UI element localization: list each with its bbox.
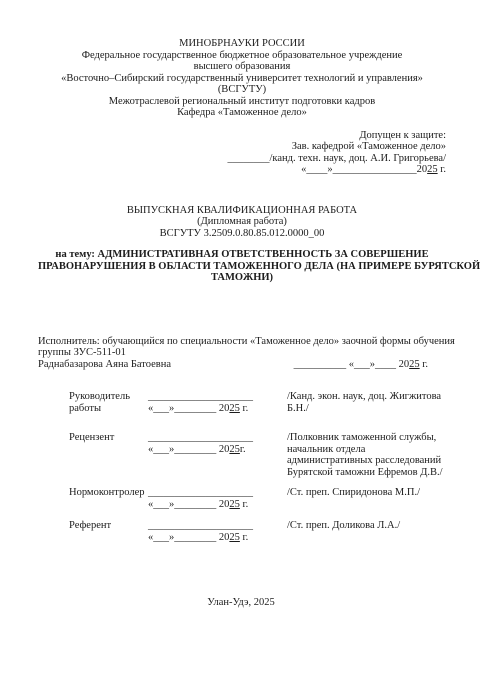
executor-group-line: группы ЗУС-511-01 <box>38 347 446 359</box>
date-prefix: «___»________ 20 <box>148 532 229 543</box>
executor-sign-year: 25 <box>409 359 420 370</box>
executor-intro-line: Исполнитель: обучающийся по специальност… <box>38 336 446 348</box>
signature-line: ____________________ <box>148 487 287 499</box>
institute-line: Межотраслевой региональный институт подг… <box>38 96 446 108</box>
person-name: /Канд. экон. наук, доц. Жигжитова Б.Н./ <box>287 391 446 414</box>
date-line: «___»________ 2025 г. <box>148 403 287 415</box>
signature-row-referent: Референт ____________________ «___»_____… <box>69 520 446 543</box>
approval-head-of-department: Зав. кафедрой «Таможенное дело» <box>38 141 446 153</box>
work-subtitle: (Дипломная работа) <box>38 216 446 228</box>
role-label: Референт <box>69 520 148 543</box>
education-level-line: высшего образования <box>38 61 446 73</box>
executor-sign-row: Раднабазарова Аяна Батоевна __________ «… <box>38 359 446 371</box>
work-title: ВЫПУСКНАЯ КВАЛИФИКАЦИОННАЯ РАБОТА <box>38 205 446 217</box>
approval-date-year: 25 <box>427 164 438 175</box>
signature-line: ____________________ <box>148 520 287 532</box>
department-line: Кафедра «Таможенное дело» <box>38 107 446 119</box>
footer-city-year: Улан-Удэ, 2025 <box>0 597 482 609</box>
role-label: Нормоконтролер <box>69 487 148 510</box>
institution-type-line: Федеральное государственное бюджетное об… <box>38 50 446 62</box>
topic-line: ТАМОЖНИ) <box>38 272 446 284</box>
person-name: /Полковник таможенной службы, начальник … <box>287 432 446 478</box>
date-prefix: «___»________ 20 <box>148 444 229 455</box>
document-page: МИНОБРНАУКИ РОССИИ Федеральное государст… <box>0 0 482 673</box>
date-year: 25 <box>229 499 240 510</box>
university-header: МИНОБРНАУКИ РОССИИ Федеральное государст… <box>38 38 446 119</box>
person-name: /Ст. преп. Спиридонова М.П./ <box>287 487 446 510</box>
date-year: 25 <box>229 403 240 414</box>
executor-sign-prefix: __________ «___»____ 20 <box>294 359 410 370</box>
date-year: 25 <box>229 444 240 455</box>
signature-table: Руководитель работы ____________________… <box>69 391 446 543</box>
university-name-line: «Восточно–Сибирский государственный унив… <box>38 73 446 85</box>
signature-date-cell: ____________________ «___»________ 2025 … <box>148 487 287 510</box>
approval-date-prefix: «____»________________20 <box>301 164 427 175</box>
role-label: Рецензент <box>69 432 148 478</box>
topic-block: на тему: АДМИНИСТРАТИВНАЯ ОТВЕТСТВЕННОСТ… <box>38 249 446 284</box>
executor-block: Исполнитель: обучающийся по специальност… <box>38 336 446 371</box>
topic-line: ПРАВОНАРУШЕНИЯ В ОБЛАСТИ ТАМОЖЕННОГО ДЕЛ… <box>38 261 446 273</box>
date-prefix: «___»________ 20 <box>148 499 229 510</box>
signature-row-norm-controller: Нормоконтролер ____________________ «___… <box>69 487 446 510</box>
date-suffix: г. <box>240 403 248 414</box>
signature-date-cell: ____________________ «___»________ 2025 … <box>148 391 287 414</box>
date-suffix: г. <box>240 499 248 510</box>
executor-signature-date: __________ «___»____ 2025 г. <box>294 359 428 371</box>
date-line: «___»________ 2025 г. <box>148 499 287 511</box>
date-year: 25 <box>229 532 240 543</box>
date-suffix: г. <box>240 444 246 455</box>
executor-sign-suffix: г. <box>420 359 428 370</box>
university-abbr-line: (ВСГУТУ) <box>38 84 446 96</box>
approval-title: Допущен к защите: <box>38 130 446 142</box>
topic-line: на тему: АДМИНИСТРАТИВНАЯ ОТВЕТСТВЕННОСТ… <box>38 249 446 261</box>
date-line: «___»________ 2025 г. <box>148 532 287 544</box>
person-name: /Ст. преп. Доликова Л.А./ <box>287 520 446 543</box>
work-code: ВСГУТУ 3.2509.0.80.85.012.0000_00 <box>38 228 446 240</box>
signature-line: ____________________ <box>148 391 287 403</box>
executor-name: Раднабазарова Аяна Батоевна <box>38 359 171 371</box>
ministry-line: МИНОБРНАУКИ РОССИИ <box>38 38 446 50</box>
approval-block: Допущен к защите: Зав. кафедрой «Таможен… <box>38 130 446 176</box>
signature-line: ____________________ <box>148 432 287 444</box>
date-suffix: г. <box>240 532 248 543</box>
role-label: Руководитель работы <box>69 391 148 414</box>
work-title-block: ВЫПУСКНАЯ КВАЛИФИКАЦИОННАЯ РАБОТА (Дипло… <box>38 205 446 240</box>
approval-signature-line: ________/канд. техн. наук, доц. А.И. Гри… <box>38 153 446 165</box>
signature-date-cell: ____________________ «___»________ 2025 … <box>148 520 287 543</box>
approval-date-line: «____»________________2025 г. <box>38 164 446 176</box>
approval-date-suffix: г. <box>438 164 446 175</box>
date-line: «___»________ 2025г. <box>148 444 287 456</box>
signature-row-supervisor: Руководитель работы ____________________… <box>69 391 446 414</box>
signature-date-cell: ____________________ «___»________ 2025г… <box>148 432 287 478</box>
signature-row-reviewer: Рецензент ____________________ «___»____… <box>69 432 446 478</box>
date-prefix: «___»________ 20 <box>148 403 229 414</box>
